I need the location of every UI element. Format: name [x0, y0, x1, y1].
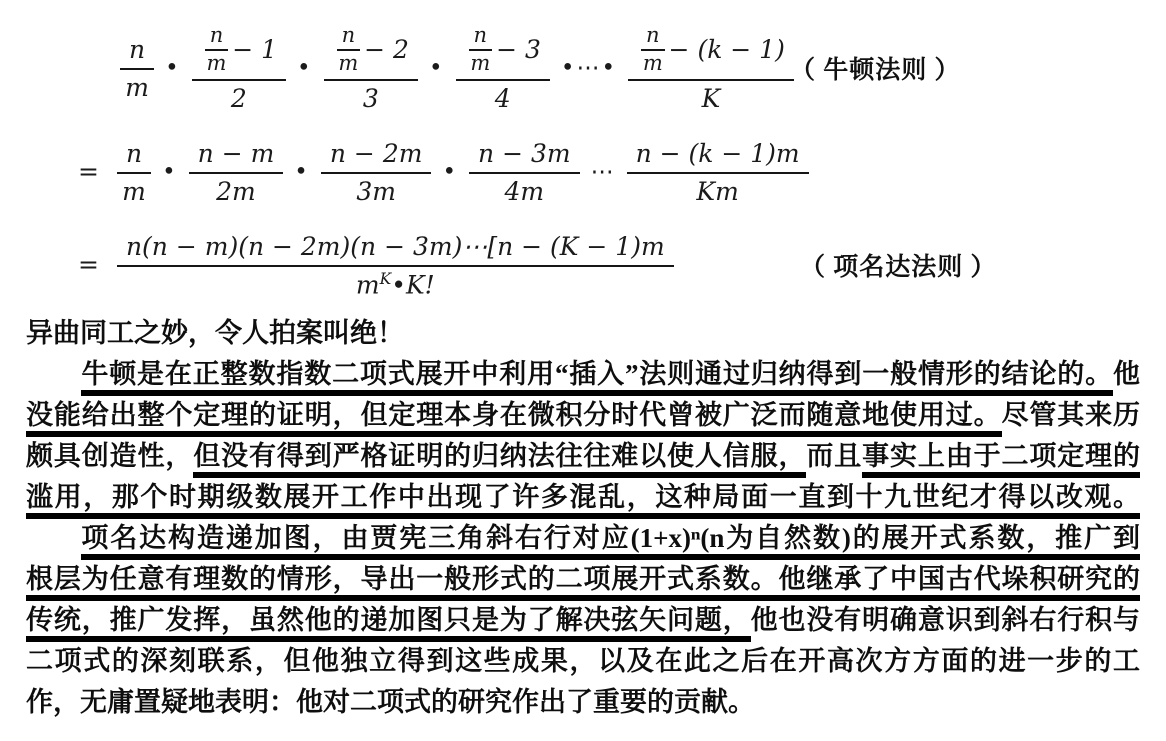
- math-text: 4m: [504, 177, 544, 206]
- math-text: n − 3m: [478, 139, 571, 168]
- nested-fraction: nm: [469, 24, 493, 75]
- denominator: 2: [231, 81, 247, 113]
- fraction: nm: [117, 137, 151, 206]
- multiplication-dot: •: [442, 159, 458, 185]
- underlined-text-segment: 但没有得到严格证明的归纳法往往难以使人信服，: [193, 441, 806, 478]
- text-line: 项名达构造递加图，由贾宪三角斜右行对应(1+x)ⁿ(n为自然数)的展开式系数，推…: [26, 518, 1140, 559]
- underlined-text-segment: 导出一般形式的二项展开式系数。: [360, 564, 778, 601]
- nested-numerator: n: [469, 24, 493, 51]
- underlined-text-segment: 事实上由于二项定理的: [862, 441, 1140, 478]
- numerator: nm− 2: [324, 22, 418, 81]
- fraction: n − 2m3m: [321, 137, 432, 206]
- denominator: K: [702, 81, 721, 113]
- denominator: 4: [495, 81, 511, 113]
- text-line: 颇具创造性，但没有得到严格证明的归纳法往往难以使人信服，而且事实上由于二项定理的: [26, 436, 1140, 477]
- math-text: 2m: [216, 177, 256, 206]
- underlined-text-segment: 项名达构造递加图，由贾宪三角斜右行对应(1+x)ⁿ(n为自然数)的展开式系数，推…: [81, 523, 1140, 560]
- text-line: 滥用，那个时期级数展开工作中出现了许多混乱，这种局面一直到十九世纪才得以改观。: [26, 477, 1140, 518]
- math-text: •K!: [391, 270, 434, 299]
- text-segment: 他也没有明确意识到斜右行积与: [751, 605, 1140, 635]
- denominator: 3: [363, 81, 379, 113]
- text-line: 牛顿是在正整数指数二项式展开中利用“插入”法则通过归纳得到一般情形的结论的。他: [26, 354, 1140, 395]
- fraction: nm: [120, 33, 154, 102]
- numerator: nm− (k − 1): [628, 22, 794, 81]
- math-text: 3m: [356, 177, 396, 206]
- fraction: n − m2m: [189, 137, 284, 206]
- nested-fraction: nm: [205, 24, 229, 75]
- nested-numerator: n: [641, 24, 665, 51]
- text-segment: 作，无庸置疑地表明：他对二项式的研究作出了重要的贡献。: [26, 687, 755, 717]
- numerator: n(n − m)(n − 2m)(n − 3m)⋯[n − (K − 1)m: [117, 230, 674, 267]
- fraction: nm− (k − 1)K: [628, 22, 794, 113]
- fraction: nm− 12: [192, 22, 286, 113]
- text-line: 传统，推广发挥，虽然他的递加图只是为了解决弦矢问题，他也没有明确意识到斜右行积与: [26, 600, 1140, 641]
- math-text: n: [129, 35, 145, 64]
- underlined-text-segment: 他继承了中国古代垛积研究的: [779, 564, 1140, 601]
- numerator: n − 2m: [321, 137, 432, 174]
- math-text: − 2: [364, 35, 409, 64]
- formula-row: =n(n − m)(n − 2m)(n − 3m)⋯[n − (K − 1)mm…: [78, 230, 1166, 299]
- multiplication-dot: •: [162, 159, 178, 185]
- numerator: n − (k − 1)m: [627, 137, 809, 174]
- math-text: m: [122, 177, 146, 206]
- underlined-text-segment: 根层为任意有理数的情形，: [26, 564, 360, 601]
- text-segment: 颇具创造性，: [26, 441, 193, 471]
- denominator: mK•K!: [356, 267, 435, 299]
- nested-fraction: nm: [641, 24, 665, 75]
- formula-row: nm•nm− 12•nm− 23•nm− 34•⋯•nm− (k − 1)K（ …: [118, 22, 1166, 113]
- multiplication-dot: ⋯: [591, 159, 616, 185]
- text-segment: 二项式的深刻联系，但他独立得到这些成果，以及在此之后在开高次方方面的进一步的工: [26, 646, 1140, 676]
- nested-denominator: m: [470, 51, 490, 76]
- numerator: n: [120, 33, 154, 70]
- body-text-block: 异曲同工之妙，令人拍案叫绝！牛顿是在正整数指数二项式展开中利用“插入”法则通过归…: [26, 313, 1140, 723]
- underlined-text-segment: 没能给出整个定理的证明，但定理本身在微积分时代曾被广泛而随意地使用过。: [26, 400, 1002, 437]
- math-text: K: [702, 84, 721, 113]
- math-text: m: [125, 73, 149, 102]
- nested-denominator: m: [206, 51, 226, 76]
- fraction: nm− 34: [456, 22, 550, 113]
- formula-label: （ 牛顿法则 ）: [790, 50, 961, 86]
- formula-row: =nm•n − m2m•n − 2m3m•n − 3m4m⋯n − (k − 1…: [78, 137, 1166, 206]
- fraction: n(n − m)(n − 2m)(n − 3m)⋯[n − (K − 1)mmK…: [117, 230, 674, 299]
- math-text: n(n − m)(n − 2m)(n − 3m)⋯[n − (K − 1)m: [126, 232, 665, 261]
- equals-sign: =: [78, 250, 99, 279]
- fraction: n − 3m4m: [469, 137, 580, 206]
- nested-fraction: nm: [337, 24, 361, 75]
- text-segment: 而且: [806, 441, 862, 471]
- nested-numerator: n: [205, 24, 229, 51]
- math-text: 2: [231, 84, 247, 113]
- multiplication-dot: •: [165, 55, 181, 81]
- denominator: Km: [696, 174, 738, 206]
- text-line: 作，无庸置疑地表明：他对二项式的研究作出了重要的贡献。: [26, 682, 1140, 723]
- denominator: 4m: [504, 174, 544, 206]
- scanned-document-page: nm•nm− 12•nm− 23•nm− 34•⋯•nm− (k − 1)K（ …: [0, 0, 1166, 741]
- math-text: m: [356, 270, 380, 299]
- text-segment: 尽管其来历: [1002, 400, 1141, 430]
- formula-block: nm•nm− 12•nm− 23•nm− 34•⋯•nm− (k − 1)K（ …: [0, 0, 1166, 299]
- underlined-text-segment: 滥用，那个时期级数展开工作中出现了许多混乱，这种局面一直到十九世纪才得以改观。: [26, 482, 1140, 519]
- text-line: 异曲同工之妙，令人拍案叫绝！: [26, 313, 1140, 354]
- fraction: nm− 23: [324, 22, 418, 113]
- multiplication-dot: •: [297, 55, 313, 81]
- denominator: 2m: [216, 174, 256, 206]
- underlined-text-segment: 传统，推广发挥，虽然他的递加图只是为了解决弦矢问题，: [26, 605, 751, 642]
- nested-denominator: m: [643, 51, 663, 76]
- math-text: − 3: [496, 35, 541, 64]
- text-line: 没能给出整个定理的证明，但定理本身在微积分时代曾被广泛而随意地使用过。尽管其来历: [26, 395, 1140, 436]
- text-segment: 他: [1113, 359, 1140, 389]
- numerator: nm− 1: [192, 22, 286, 81]
- text-line: 二项式的深刻联系，但他独立得到这些成果，以及在此之后在开高次方方面的进一步的工: [26, 641, 1140, 682]
- math-text: n − (k − 1)m: [636, 139, 800, 168]
- text-line: 根层为任意有理数的情形，导出一般形式的二项展开式系数。他继承了中国古代垛积研究的: [26, 559, 1140, 600]
- fraction: n − (k − 1)mKm: [627, 137, 809, 206]
- numerator: n: [117, 137, 151, 174]
- numerator: n − m: [189, 137, 284, 174]
- math-text: 3: [363, 84, 379, 113]
- math-text: Km: [696, 177, 738, 206]
- math-text: n: [126, 139, 142, 168]
- denominator: m: [125, 70, 149, 102]
- math-text: 4: [495, 84, 511, 113]
- math-text: n − 2m: [330, 139, 423, 168]
- numerator: nm− 3: [456, 22, 550, 81]
- multiplication-dot: •: [294, 159, 310, 185]
- formula-label: （ 项名达法则 ）: [800, 247, 997, 283]
- numerator: n − 3m: [469, 137, 580, 174]
- multiplication-dot: •⋯•: [561, 55, 617, 81]
- denominator: m: [122, 174, 146, 206]
- math-text: − 1: [232, 35, 277, 64]
- multiplication-dot: •: [429, 55, 445, 81]
- text-segment: 异曲同工之妙，令人拍案叫绝！: [26, 318, 404, 348]
- math-text: − (k − 1): [669, 35, 785, 64]
- nested-numerator: n: [337, 24, 361, 51]
- equals-sign: =: [78, 157, 99, 186]
- superscript: K: [380, 270, 392, 288]
- math-text: n − m: [198, 139, 275, 168]
- denominator: 3m: [356, 174, 396, 206]
- underlined-text-segment: 牛顿是在正整数指数二项式展开中利用“插入”法则通过归纳得到一般情形的结论的。: [81, 359, 1113, 396]
- nested-denominator: m: [338, 51, 358, 76]
